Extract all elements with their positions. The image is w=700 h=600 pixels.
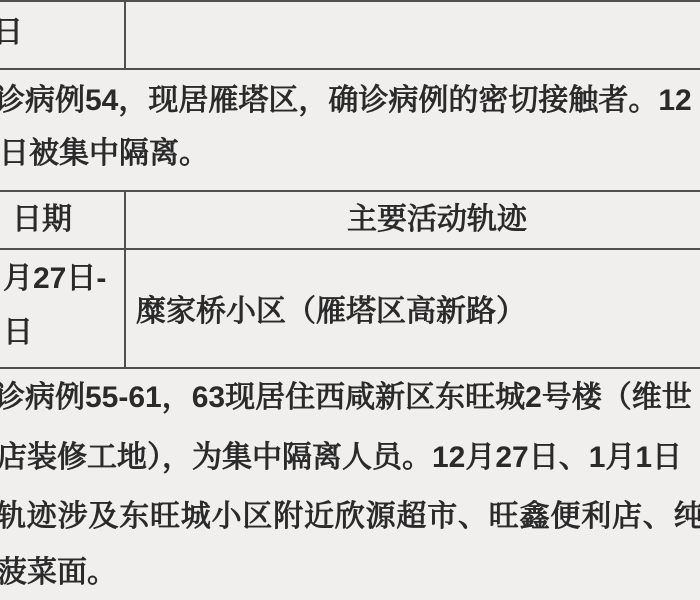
case55-61-paragraph-line4: 菠菜面。 bbox=[0, 556, 117, 590]
case54-paragraph-line1: 诊病例54，现居雁塔区，确诊病例的密切接触者。12 bbox=[0, 84, 692, 118]
trajectory-row-date-line1: 月27日- bbox=[3, 262, 106, 296]
trajectory-table-header-bottom-border bbox=[0, 248, 700, 250]
case55-61-paragraph-line2: 店装修工地），为集中隔离人员。12月27日、1月1日 bbox=[0, 441, 682, 475]
top-table-date-cell: 日 bbox=[0, 16, 23, 50]
trajectory-row-date-line2: 日 bbox=[3, 316, 33, 350]
trajectory-row-activity-cell: 糜家桥小区（雁塔区高新路） bbox=[136, 295, 526, 329]
document-page: 日 诊病例54，现居雁塔区，确诊病例的密切接触者。12 日被集中隔离。 日期 主… bbox=[0, 0, 700, 600]
top-table-bottom-border bbox=[0, 68, 700, 70]
trajectory-table-top-border bbox=[0, 190, 700, 192]
trajectory-table-header-date: 日期 bbox=[12, 203, 72, 237]
case55-61-paragraph-line3: 轨迹涉及东旺城小区附近欣源超市、旺鑫便利店、纯 bbox=[0, 500, 700, 534]
top-table-top-border bbox=[0, 0, 700, 2]
trajectory-table-header-activity: 主要活动轨迹 bbox=[347, 203, 527, 237]
top-table-column-divider bbox=[124, 0, 126, 69]
case55-61-paragraph-line1: 诊病例55-61，63现居住西咸新区东旺城2号楼（维世 bbox=[0, 381, 692, 415]
case54-paragraph-line2: 日被集中隔离。 bbox=[0, 137, 209, 171]
trajectory-table-bottom-border bbox=[0, 367, 700, 369]
trajectory-table-column-divider bbox=[124, 190, 126, 369]
